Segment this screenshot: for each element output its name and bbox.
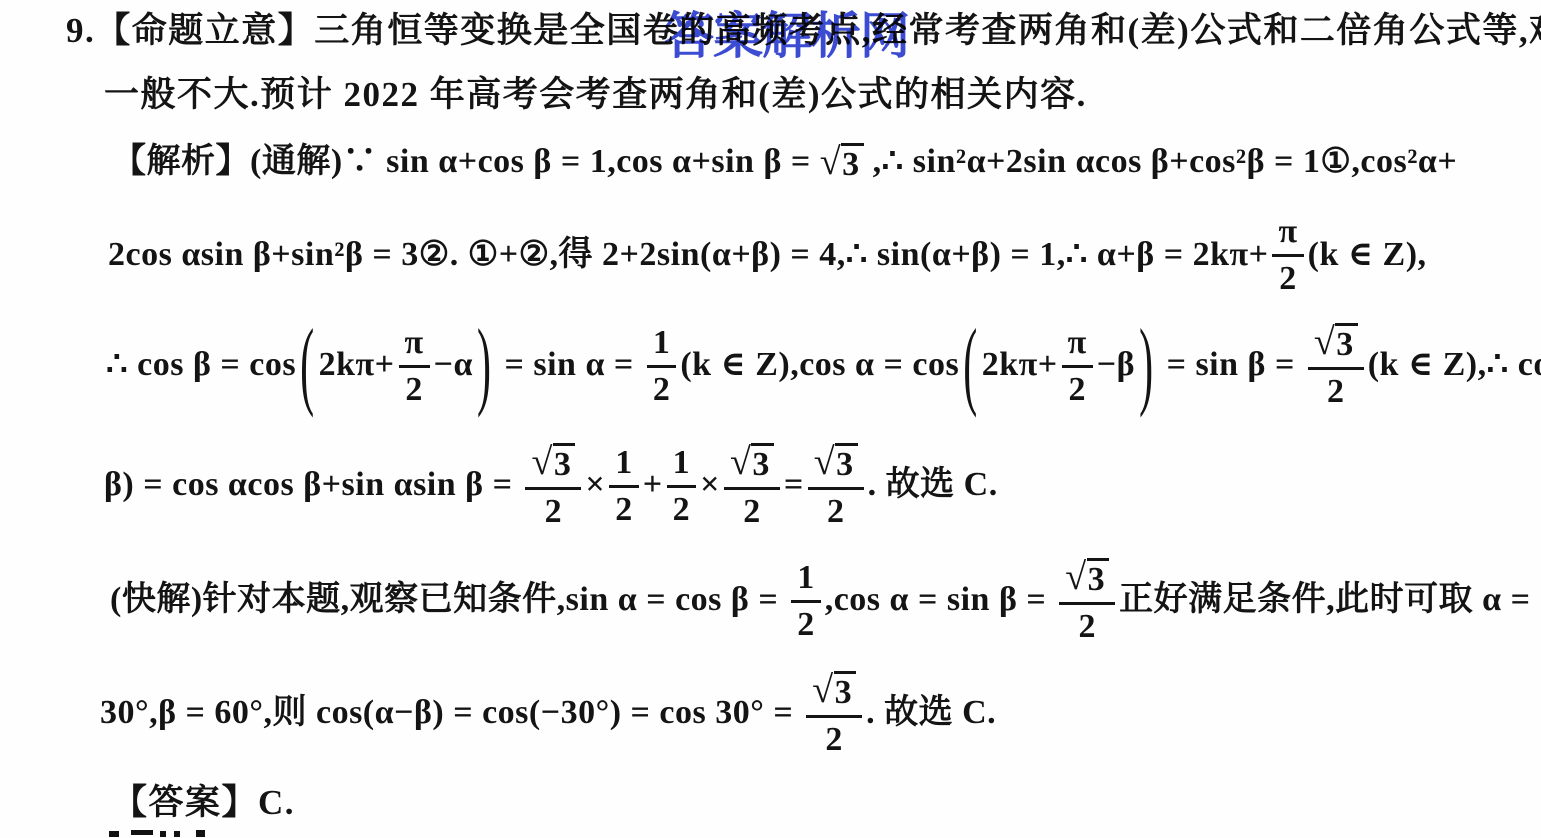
fraction: √32 [806,668,862,759]
text-run: ,∴ sin²α+2sin αcos β+cos²β = 1①,cos²α+ [864,140,1458,184]
text-run: = [784,463,804,507]
fraction-numerator: √3 [525,440,581,490]
fraction-denominator: 2 [819,718,849,759]
text-run: (k ∈ Z),cos α = cos [680,343,959,387]
analysis-line-3: ∴ cos β = cos(2kπ+π2−α) = sin α = 12(k ∈… [106,320,1541,411]
fraction-numerator: π [399,323,430,368]
fraction: √32 [1059,555,1115,646]
text-run: × [700,463,720,507]
text-run: + [643,463,663,507]
analysis-line-4: β) = cos αcos β+sin αsin β = √32×12+12×√… [104,440,998,531]
radicand: 3 [835,443,858,482]
fraction: 12 [647,323,677,409]
sqrt-expression: √3 [812,671,856,710]
text-run: 2kπ+ [982,343,1058,387]
scan-artifact [174,831,180,837]
fraction-numerator: 1 [667,443,697,488]
fraction-denominator: 2 [821,490,851,531]
fraction-numerator: √3 [808,440,864,490]
text-run: 【解析】(通解)∵ sin α+cos β = 1,cos α+sin β = [112,140,820,184]
text-run: 正好满足条件,此时可取 α = [1119,578,1530,622]
sqrt-expression: √3 [1065,558,1109,597]
fraction-denominator: 2 [539,490,569,531]
radical-icon: √ [1065,561,1086,593]
analysis-line-2: 2cos αsin β+sin²β = 3②. ①+②,得 2+2sin(α+β… [108,212,1427,298]
radicand: 3 [553,443,576,482]
scan-artifact [196,830,205,837]
text-run: (k ∈ Z), [1308,233,1427,277]
text-run: . 故选 C. [866,691,996,735]
fraction-numerator: π [1272,212,1303,257]
fraction: π2 [399,323,430,409]
fraction-denominator: 2 [1273,257,1303,298]
fraction-denominator: 2 [1072,605,1102,646]
fraction-denominator: 2 [1062,368,1092,409]
fraction-denominator: 2 [1321,370,1351,411]
fraction-denominator: 2 [667,488,697,529]
radicand: 3 [1087,558,1110,597]
text-run: 2cos αsin β+sin²β = 3②. ①+②,得 2+2sin(α+β… [108,233,1268,277]
sqrt-expression: √3 [820,143,864,182]
scan-artifact [109,831,119,837]
watermark: 答案解析网 [664,0,909,68]
quick-solution-line-1: (快解)针对本题,观察已知条件,sin α = cos β = 12,cos α… [110,555,1531,646]
text-run: (快解)针对本题,观察已知条件,sin α = cos β = [110,578,787,622]
text-run: β) = cos αcos β+sin αsin β = [104,463,521,507]
text-run: (k ∈ Z),∴ cos(α− [1368,343,1541,387]
fraction-denominator: 2 [399,368,429,409]
radicand: 3 [841,143,864,182]
text-run: 2kπ+ [319,343,395,387]
fraction: √32 [1308,320,1364,411]
text-run: ,cos α = sin β = [825,578,1056,622]
text-run: 一般不大.预计 2022 年高考会考查两角和(差)公式的相关内容. [104,72,1087,118]
text-run: = sin α = [496,343,643,387]
fraction: 12 [609,443,639,529]
sqrt-expression: √3 [531,443,575,482]
sqrt-expression: √3 [1314,323,1358,362]
fraction-numerator: √3 [806,668,862,718]
quick-solution-line-2: 30°,β = 60°,则 cos(α−β) = cos(−30°) = cos… [100,668,996,759]
text-run: 30°,β = 60°,则 cos(α−β) = cos(−30°) = cos… [100,691,802,735]
answer-line: 【答案】C. [112,780,295,826]
fraction: 12 [791,558,821,644]
fraction: √32 [724,440,780,531]
big-paren: ( [963,316,978,415]
text-run: −β [1097,343,1135,387]
radical-icon: √ [1314,326,1335,358]
scan-artifact [160,831,166,837]
radical-icon: √ [812,674,833,706]
fraction-numerator: 1 [647,323,677,368]
big-paren: ) [1139,316,1154,415]
document-page: 9.【命题立意】三角恒等变换是全国卷的高频考点,经常考查两角和(差)公式和二倍角… [0,0,1541,838]
fraction-numerator: 1 [791,558,821,603]
text-run: . 故选 C. [868,463,998,507]
fraction: 12 [667,443,697,529]
text-run: ∴ cos β = cos [106,343,296,387]
radicand: 3 [1335,323,1358,362]
fraction-denominator: 2 [647,368,677,409]
fraction-denominator: 2 [791,603,821,644]
fraction-denominator: 2 [609,488,639,529]
big-paren: ( [300,316,315,415]
intent-line-2: 一般不大.预计 2022 年高考会考查两角和(差)公式的相关内容. [104,72,1087,118]
text-run: = sin β = [1158,343,1304,387]
text-run: 【答案】C. [112,780,295,826]
radicand: 3 [834,671,857,710]
fraction: π2 [1062,323,1093,409]
fraction-numerator: π [1062,323,1093,368]
radical-icon: √ [820,146,841,178]
radicand: 3 [751,443,774,482]
fraction: π2 [1272,212,1303,298]
fraction-numerator: √3 [1308,320,1364,370]
fraction-denominator: 2 [737,490,767,531]
text-run: × [585,463,605,507]
fraction-numerator: √3 [1059,555,1115,605]
radical-icon: √ [814,446,835,478]
fraction: √32 [808,440,864,531]
fraction: √32 [525,440,581,531]
big-paren: ) [477,316,492,415]
radical-icon: √ [730,446,751,478]
scan-artifact [131,830,153,835]
analysis-line-1: 【解析】(通解)∵ sin α+cos β = 1,cos α+sin β = … [112,140,1457,184]
radical-icon: √ [531,446,552,478]
fraction-numerator: 1 [609,443,639,488]
sqrt-expression: √3 [814,443,858,482]
text-run: −α [434,343,473,387]
fraction-numerator: √3 [724,440,780,490]
sqrt-expression: √3 [730,443,774,482]
